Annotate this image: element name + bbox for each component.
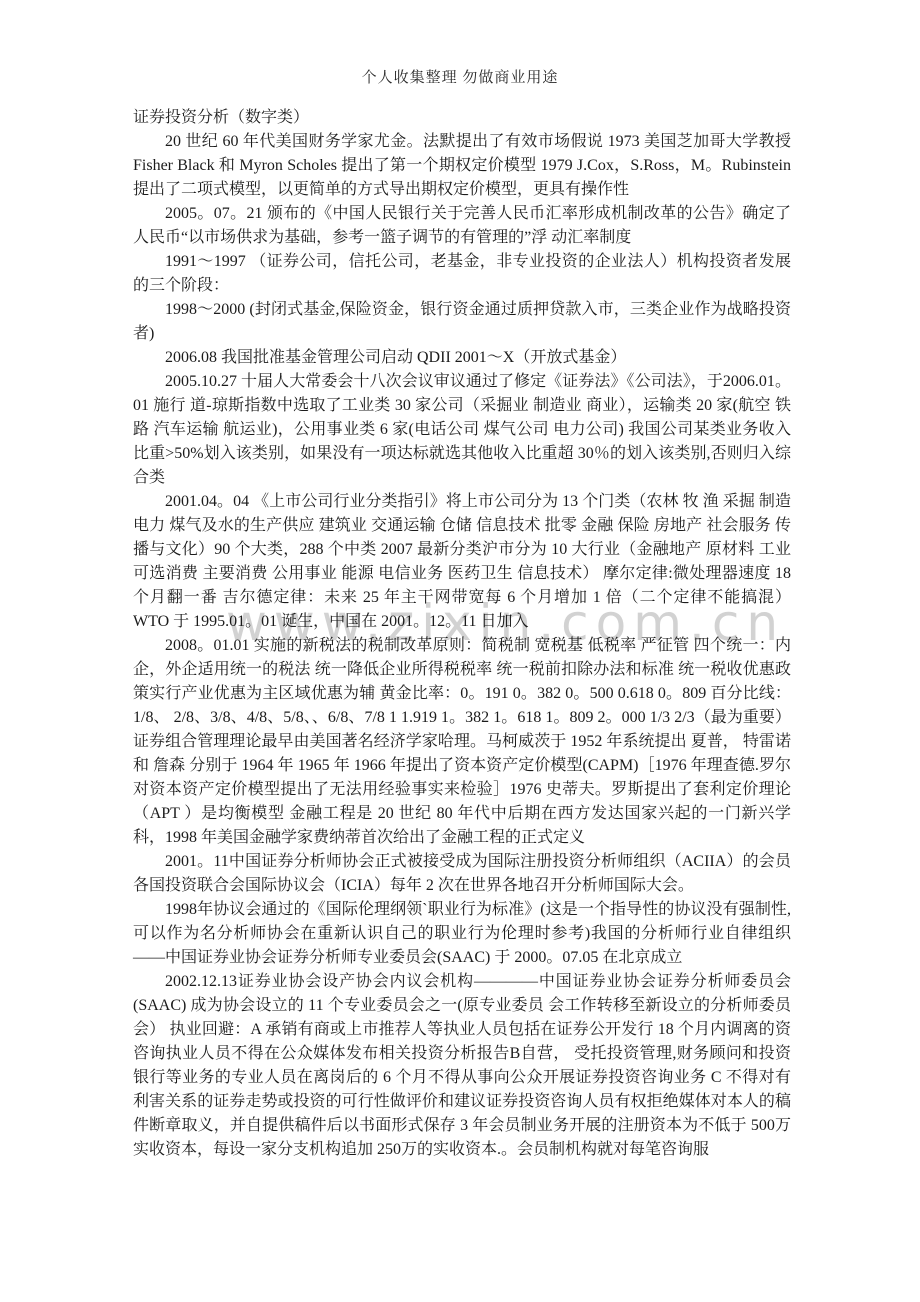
paragraph: 1998年协议会通过的《国际伦理纲领`职业行为标准》(这是一个指导性的协议没有强…	[133, 898, 791, 970]
paragraph: 1991～1997 （证券公司，信托公司，老基金，非专业投资的企业法人）机构投资…	[133, 250, 791, 298]
paragraphs: 20 世纪 60 年代美国财务学家尤金。法默提出了有效市场假说 1973 美国芝…	[133, 130, 791, 1162]
paragraph: 2008。01.01 实施的新税法的税制改革原则：简税制 宽税基 低税率 严征管…	[133, 634, 791, 850]
paragraph: 20 世纪 60 年代美国财务学家尤金。法默提出了有效市场假说 1973 美国芝…	[133, 130, 791, 202]
document-body: 证券投资分析（数字类） 20 世纪 60 年代美国财务学家尤金。法默提出了有效市…	[133, 106, 791, 1162]
document-page: 个人收集整理 勿做商业用途 www.zixin.com.cn 证券投资分析（数字…	[0, 0, 920, 1302]
paragraph: 2005.10.27 十届人大常委会十八次会议审议通过了修定《证券法》《公司法》…	[133, 370, 791, 490]
paragraph: 2002.12.13证券业协会设产协会内议会机构————中国证券业协会证券分析师…	[133, 970, 791, 1162]
paragraph: 2006.08 我国批准基金管理公司启动 QDII 2001～X（开放式基金）	[133, 346, 791, 370]
paragraph: 1998～2000 (封闭式基金,保险资金，银行资金通过质押贷款入市，三类企业作…	[133, 298, 791, 346]
header-notice: 个人收集整理 勿做商业用途	[0, 66, 920, 87]
paragraph: 2001.04。04 《上市公司行业分类指引》将上市公司分为 13 个门类（农林…	[133, 490, 791, 634]
document-title: 证券投资分析（数字类）	[133, 106, 791, 130]
paragraph: 2001。11中国证券分析师协会正式被接受成为国际注册投资分析师组织（ACIIA…	[133, 850, 791, 898]
paragraph: 2005。07。21 颁布的《中国人民银行关于完善人民币汇率形成机制改革的公告》…	[133, 202, 791, 250]
